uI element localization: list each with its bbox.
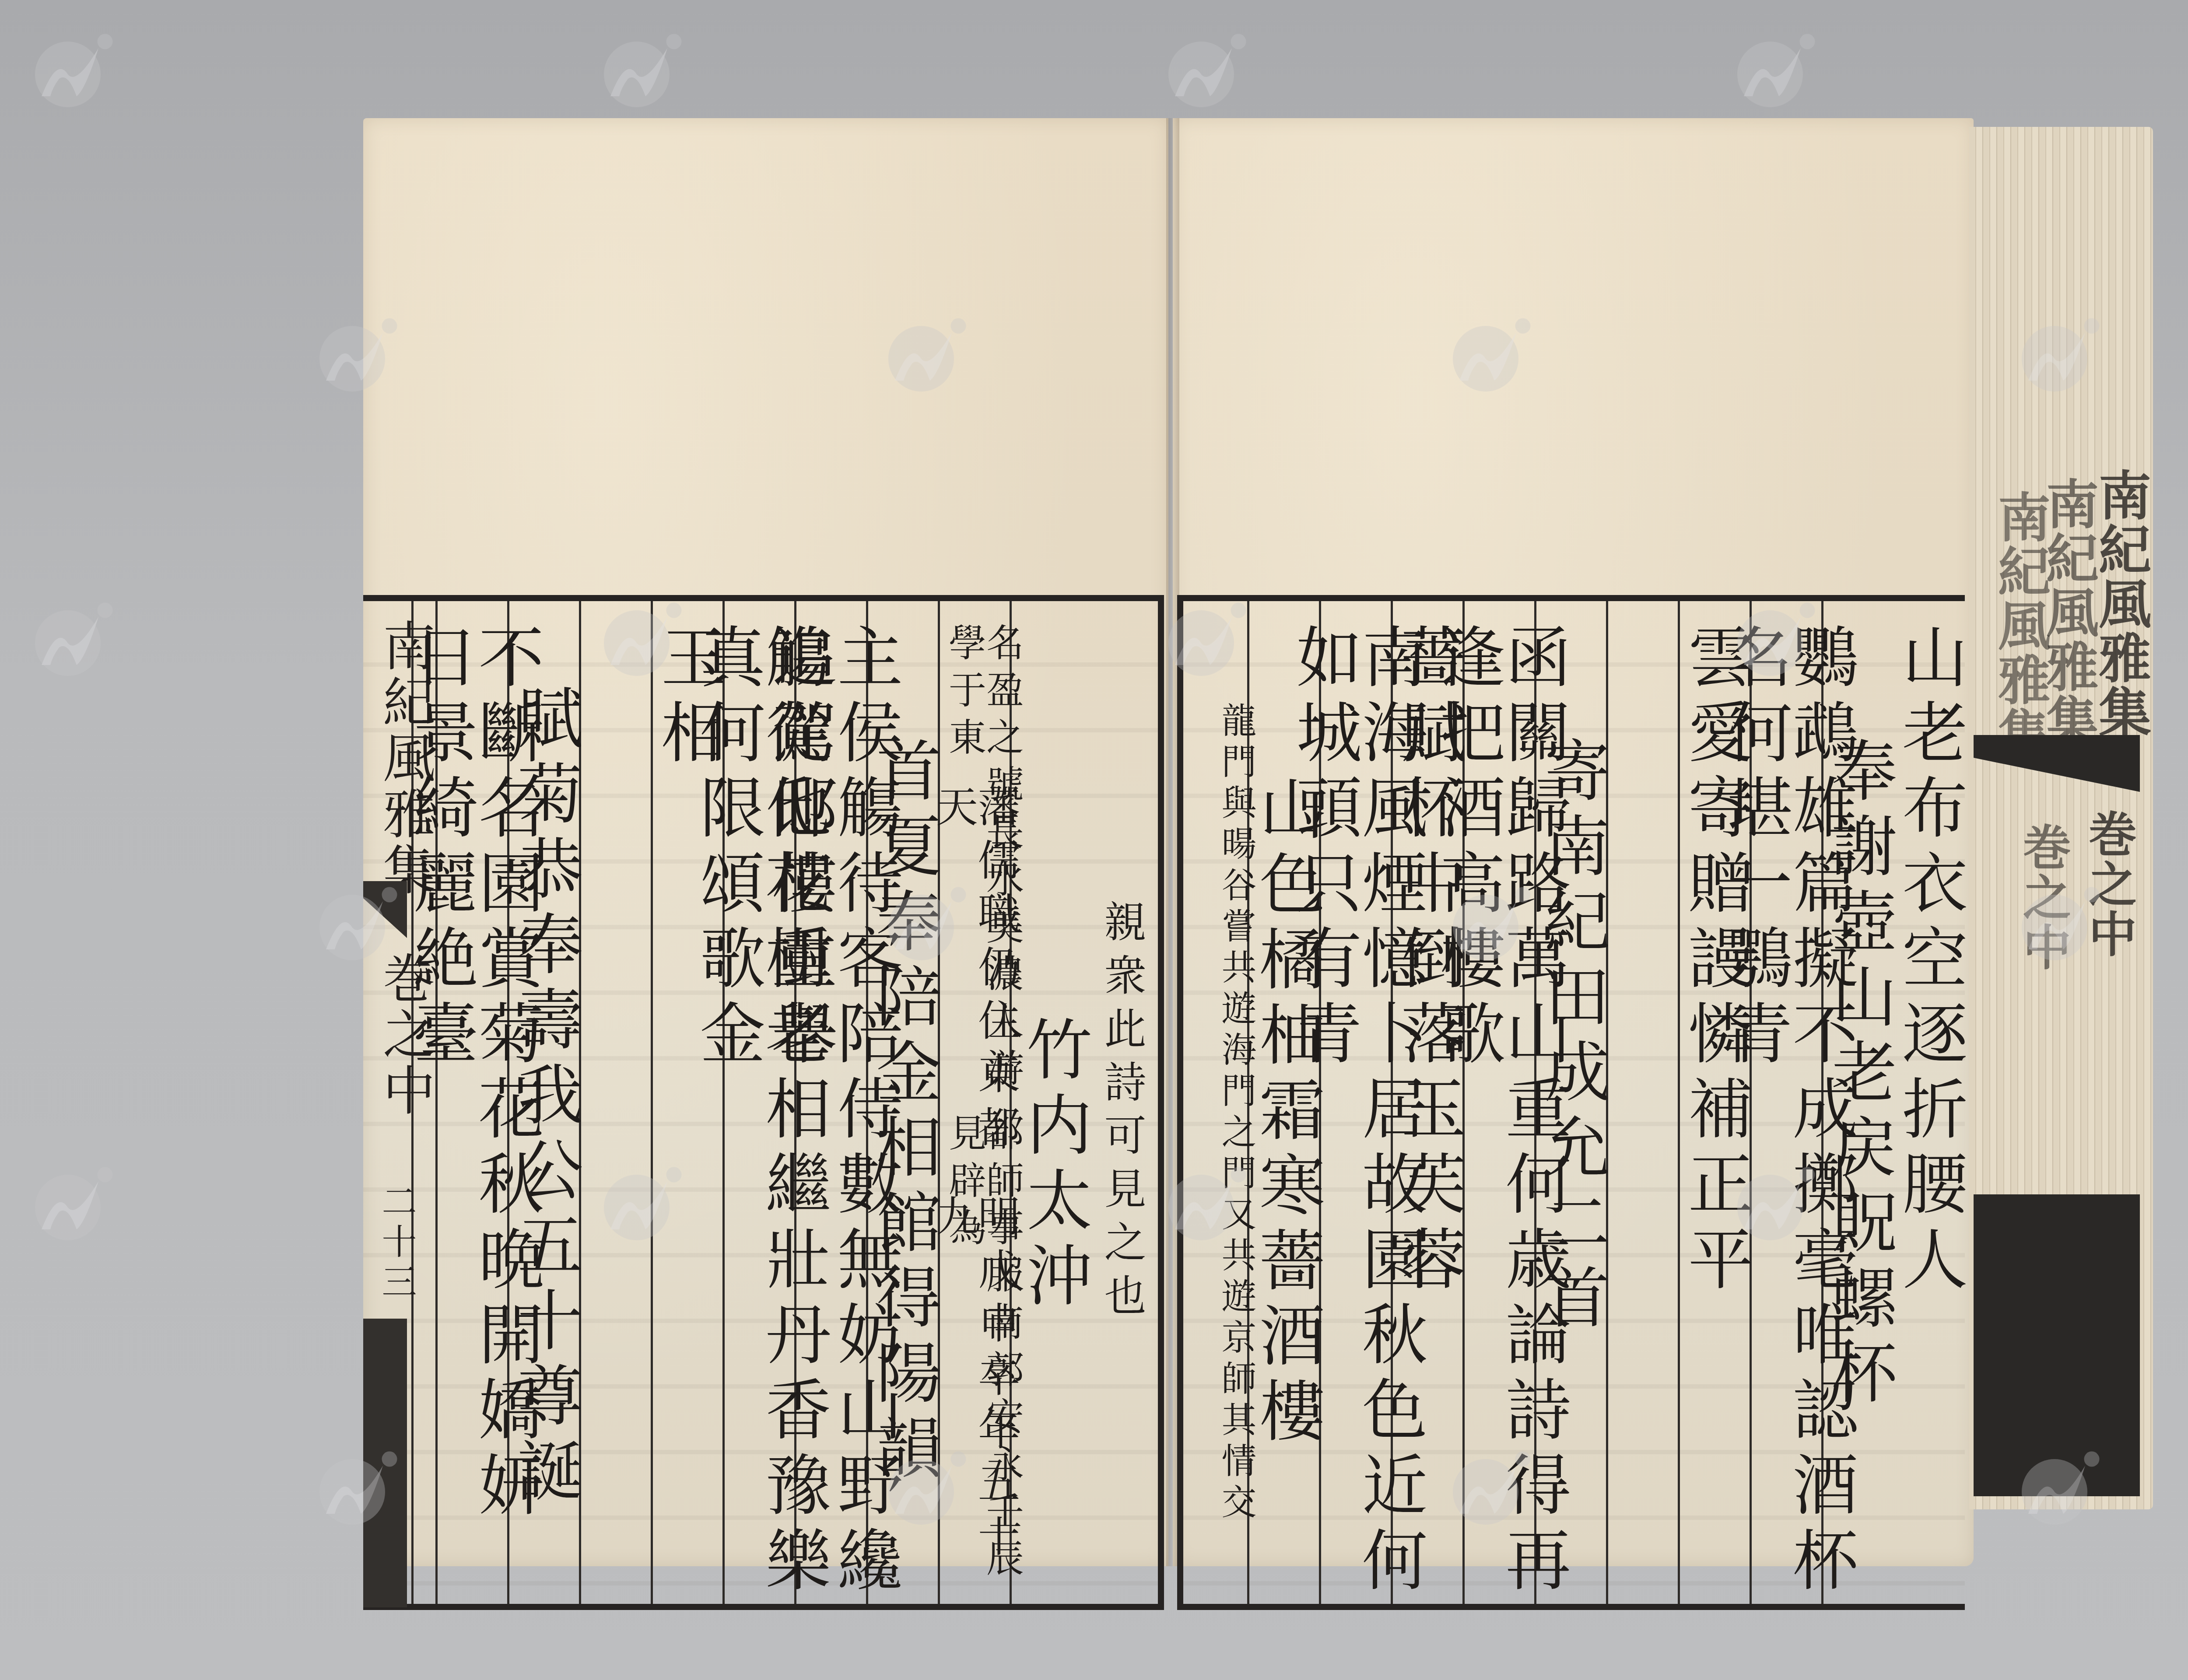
right-page-text-frame: 山老布衣空逐折腰人 奉謝壺山老戻貺螺杯 鸚鵡雄篇擬不成擲毫唯認酒杯名何堪一鶚青 … <box>1177 595 1965 1610</box>
text-column <box>579 601 651 1604</box>
text-column: 觴從他花樹老相繼壯丹香豫樂真何限頌歌金 <box>722 601 794 1604</box>
text-column: 函關歸路萬山重何歳論詩得再逢把酒高樓歌 <box>1462 601 1534 1604</box>
text-column: 不斷名園賞菊花秋晩開嬌妍𧤲日景綺麗絶臺 <box>435 601 507 1604</box>
text-column: 雲愛寄贈謾憐補正平 <box>1678 601 1750 1604</box>
fore-edge-title-ghost: 南紀風雅集 <box>1982 490 2058 761</box>
fore-edge-black-block <box>1974 1194 2140 1496</box>
text-column: 玉相 <box>651 601 722 1604</box>
fore-edge-volume: 巻之中 <box>2074 809 2143 959</box>
text-column: 親衆此詩 可見之也 <box>1086 601 1158 1604</box>
fore-edge-volume-ghost: 巻之中 <box>2009 822 2078 972</box>
left-page-columns: 親衆此詩 可見之也 竹内太沖 名盈之號長水美濃人游學于東 都師事服南郭安永壬辰見… <box>411 601 1158 1604</box>
right-page-columns: 山老布衣空逐折腰人 奉謝壺山老戻貺螺杯 鸚鵡雄篇擬不成擲毫唯認酒杯名何堪一鶚青 … <box>1183 601 1965 1604</box>
left-page-text-frame: 南紀風雅集 巻之中 二十三 親衆此詩 可見之也 竹内太沖 名盈之號長水美濃人游學… <box>363 595 1164 1610</box>
open-book: 南紀風雅集 南紀風雅集 南紀風雅集 巻之中 巻之中 南紀風雅集 巻之中 二十三 … <box>363 118 2149 1566</box>
text-column: 南海風煙憶卜居故園秋色近何如城頭只有青 <box>1319 601 1391 1604</box>
fore-edge-titles: 南紀風雅集 南紀風雅集 南紀風雅集 巻之中 巻之中 <box>1974 477 2140 1527</box>
fore-edge-black-band <box>1974 735 2140 792</box>
text-column: 藩儒職仍住東都天 明戊申卒年五十九 <box>938 601 1010 1604</box>
text-column: 竹内太沖 名盈之號長水美濃人游學于東 都師事服南郭安永壬辰見辟為 <box>1010 601 1086 1604</box>
margin-fishtail-mark <box>363 881 407 938</box>
text-column <box>1606 601 1678 1604</box>
text-column: 鸚鵡雄篇擬不成擲毫唯認酒杯名何堪一鶚青 <box>1750 601 1821 1604</box>
margin-black-block <box>363 1319 407 1607</box>
text-column: 山老布衣空逐折腰人 <box>1893 601 1965 1604</box>
text-column: 山色橘柚霜寒薔酒樓 龍門與暘谷嘗共遊海門 之門又共遊京師其情交 <box>1247 601 1319 1604</box>
